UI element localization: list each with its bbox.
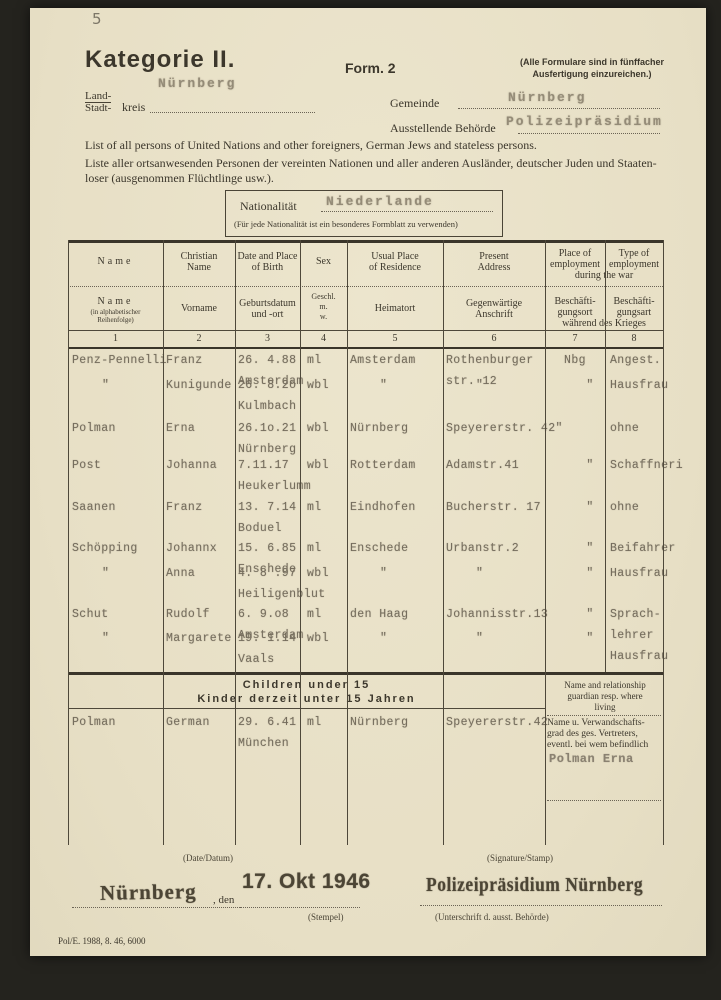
col-number-1: 1 — [68, 333, 163, 344]
table-cell-birth: 29. 6.41 München — [238, 712, 304, 754]
table-cell-birth: 4. 8 .97 Heiligenblut — [238, 563, 304, 605]
authority-stamp: Polizeipräsidium Nürnberg — [426, 872, 643, 896]
table-cell-sex: ml — [307, 712, 347, 733]
table-cell-sex: ml — [307, 350, 347, 371]
guardian-value: Polman Erna — [549, 752, 634, 766]
table-cell-address: Urbanstr.2 — [446, 538, 546, 559]
stempel-label: (Stempel) — [308, 912, 344, 922]
col-line-2 — [235, 240, 236, 845]
behoerde-label: Ausstellende Behörde — [390, 121, 496, 136]
table-cell-address: Speyererstr.42 — [446, 712, 546, 733]
table-cell-name: " — [72, 563, 164, 584]
table-border-right — [663, 240, 664, 845]
date-stamp: 17. Okt 1946 — [242, 870, 371, 894]
table-cell-sex: wbl — [307, 563, 347, 584]
guardian-fill-line — [547, 800, 661, 801]
nationality-box: Nationalität Niederlande (Für jede Natio… — [225, 190, 503, 237]
table-cell-address: Adamstr.41 — [446, 455, 546, 476]
table-cell-first: Johannx — [166, 538, 236, 559]
table-cell-address: " — [446, 375, 546, 396]
kreis-label: Land- Stadt- — [85, 91, 111, 114]
table-cell-first: Franz — [166, 350, 236, 371]
table-cell-place: " — [547, 628, 603, 649]
table-top-border — [68, 240, 663, 243]
place-stamp: Nürnberg — [100, 879, 197, 906]
col-header-de-waehrend-krieges: während des Krieges — [545, 318, 663, 329]
table-cell-residence: Enschede — [350, 538, 444, 559]
col-number-2: 2 — [163, 333, 235, 344]
kreis-value-stamp: Nürnberg — [158, 76, 236, 91]
gemeinde-value-stamp: Nürnberg — [508, 90, 586, 105]
table-cell-first: Anna — [166, 563, 236, 584]
table-cell-type: ohne — [610, 418, 690, 439]
table-cell-birth: 13. 7.14 Boduel — [238, 497, 304, 539]
table-cell-name: " — [72, 628, 164, 649]
table-cell-birth: 7.11.17 Heukerlumm — [238, 455, 304, 497]
nationality-label: Nationalität — [240, 199, 297, 214]
table-cell-sex: ml — [307, 538, 347, 559]
table-cell-name: Polman — [72, 712, 164, 733]
col-header-de-vorname: Vorname — [163, 303, 235, 314]
kreis-label-bottom: Stadt- — [85, 102, 111, 114]
col-header-de-name: Name — [68, 296, 163, 307]
nationality-value-stamp: Niederlande — [326, 194, 434, 209]
table-cell-first: Erna — [166, 418, 236, 439]
col-header-en-residence: Usual Place of Residence — [347, 251, 443, 273]
table-cell-first: Kunigunde — [166, 375, 236, 396]
nationality-note: (Für jede Nationalität ist ein besondere… — [234, 219, 498, 229]
category-title: Kategorie II. — [85, 46, 235, 74]
col-number-8: 8 — [605, 333, 663, 344]
col-number-4: 4 — [300, 333, 347, 344]
col-line-4 — [347, 240, 348, 845]
signature-label: (Signature/Stamp) — [460, 853, 580, 863]
table-cell-first: Johanna — [166, 455, 236, 476]
table-cell-type: Angest. — [610, 350, 690, 371]
col-line-1 — [163, 240, 164, 845]
table-cell-residence: " — [350, 563, 444, 584]
col-header-en-name: Name — [68, 256, 163, 267]
print-code: Pol/E. 1988, 8. 46, 6000 — [58, 936, 146, 946]
table-cell-residence: den Haag — [350, 604, 444, 625]
table-cell-type: Hausfrau — [610, 563, 690, 584]
table-cell-type: Hausfrau — [610, 646, 690, 667]
table-cell-place: Nbg — [547, 350, 603, 371]
col-line-7 — [605, 240, 606, 672]
col-number-7: 7 — [545, 333, 605, 344]
signature-line — [420, 905, 662, 906]
table-cell-birth: 26.1o.21 Nürnberg — [238, 418, 304, 460]
table-cell-name: Post — [72, 455, 164, 476]
col-line-5 — [443, 240, 444, 845]
col-number-3: 3 — [235, 333, 300, 344]
table-cell-residence: Amsterdam — [350, 350, 444, 371]
intro-english: List of all persons of United Nations an… — [85, 138, 665, 153]
table-header-bottom-border — [68, 347, 663, 349]
gemeinde-fill-line — [458, 108, 660, 109]
intro-german: Liste aller ortsanwesenden Personen der … — [85, 156, 675, 186]
col-line-6 — [545, 240, 546, 845]
table-cell-sex: wbl — [307, 418, 347, 439]
guardian-label-de: Name u. Verwandschafts- grad des ges. Ve… — [547, 718, 665, 751]
copies-note: (Alle Formulare sind in fünffacher Ausfe… — [492, 56, 692, 80]
table-cell-residence: Nürnberg — [350, 418, 444, 439]
table-cell-address: Speyererstr. 42" — [446, 418, 546, 439]
col-header-en-employment-type: Type of employment — [605, 248, 663, 270]
table-cell-place: " — [547, 455, 603, 476]
col-header-de-geburtsdatum: Geburtsdatum und -ort — [235, 298, 300, 320]
table-cell-sex: wbl — [307, 628, 347, 649]
col-number-5: 5 — [347, 333, 443, 344]
col-header-en-during-war: during the war — [545, 270, 663, 281]
signature-sub-label: (Unterschrift d. ausst. Behörde) — [435, 912, 549, 922]
table-cell-sex: wbl — [307, 375, 347, 396]
kreis-fill-line — [150, 112, 315, 113]
table-cell-name: Polman — [72, 418, 164, 439]
table-cell-place: " — [547, 375, 603, 396]
col-number-6: 6 — [443, 333, 545, 344]
table-cell-address: Bucherstr. 17 — [446, 497, 546, 518]
table-cell-residence: Nürnberg — [350, 712, 444, 733]
table-cell-type: Schaffneri — [610, 455, 690, 476]
table-cell-name: Penz-Pennelli — [72, 350, 164, 371]
den-label: , den — [213, 894, 234, 906]
nationality-fill-line — [321, 211, 493, 212]
date-label: (Date/Datum) — [148, 853, 268, 863]
table-cell-birth: 26. 8.2o Kulmbach — [238, 375, 304, 417]
handwritten-page-number: 5 — [92, 10, 102, 28]
table-cell-type: Sprach- lehrer — [610, 604, 690, 646]
scanned-form-page: 5 Kategorie II. Form. 2 (Alle Formulare … — [30, 8, 706, 956]
col-line-3 — [300, 240, 301, 845]
table-cell-sex: ml — [307, 604, 347, 625]
table-cell-first: Margarete — [166, 628, 236, 649]
table-cell-residence: Eindhofen — [350, 497, 444, 518]
children-title-en: Children under 15 — [68, 679, 545, 691]
col-header-de-beschaeftigungsart: Beschäfti- gungsart — [605, 296, 663, 318]
table-cell-residence: " — [350, 375, 444, 396]
behoerde-value-stamp: Polizeipräsidium — [506, 114, 663, 129]
table-cell-first: Franz — [166, 497, 236, 518]
col-header-de-beschaeftigungsort: Beschäfti- gungsort — [545, 296, 605, 318]
children-title-de: Kinder derzeit unter 15 Jahren — [68, 693, 545, 705]
table-bottom-border — [68, 672, 663, 675]
table-cell-sex: ml — [307, 497, 347, 518]
table-cell-type: Hausfrau — [610, 375, 690, 396]
col-header-de-anschrift: Gegenwärtige Anschrift — [443, 298, 545, 320]
col-header-en-employment-place: Place of employment — [545, 248, 605, 270]
col-header-de-heimatort: Heimatort — [347, 303, 443, 314]
table-cell-residence: " — [350, 628, 444, 649]
table-cell-address: Johannisstr.13 — [446, 604, 546, 625]
table-cell-birth: 19. 1.14 Vaals — [238, 628, 304, 670]
guardian-label-en: Name and relationship guardian resp. whe… — [547, 680, 663, 713]
children-header-underline — [68, 708, 545, 709]
table-border-left — [68, 240, 69, 845]
kreis-label-suffix: kreis — [122, 100, 145, 115]
col-header-de-geschl: Geschl. m. w. — [300, 292, 347, 322]
table-cell-place: " — [547, 497, 603, 518]
table-cell-place: " — [547, 538, 603, 559]
table-cell-sex: wbl — [307, 455, 347, 476]
table-cell-name: Saanen — [72, 497, 164, 518]
table-cell-address: " — [446, 628, 546, 649]
table-cell-type: ohne — [610, 497, 690, 518]
behoerde-fill-line — [518, 133, 660, 134]
table-cell-place: " — [547, 604, 603, 625]
col-header-en-christian-name: Christian Name — [163, 251, 235, 273]
table-cell-name: " — [72, 375, 164, 396]
gemeinde-label: Gemeinde — [390, 96, 439, 111]
guardian-divider — [547, 715, 661, 716]
table-cell-address: " — [446, 563, 546, 584]
col-header-en-address: Present Address — [443, 251, 545, 273]
table-header-divider — [68, 286, 663, 287]
date-line — [240, 907, 360, 908]
table-cell-residence: Rotterdam — [350, 455, 444, 476]
table-cell-type: Beifahrer — [610, 538, 690, 559]
col-header-de-name-sub: (in alphabetischer Reihenfolge) — [68, 308, 163, 324]
col-header-en-birth: Date and Place of Birth — [235, 251, 300, 273]
place-line — [72, 907, 240, 908]
table-cell-first: Rudolf — [166, 604, 236, 625]
table-cell-first: German — [166, 712, 236, 733]
table-cell-place: " — [547, 563, 603, 584]
table-cell-name: Schöpping — [72, 538, 164, 559]
table-number-row-line — [68, 330, 663, 331]
table-cell-name: Schut — [72, 604, 164, 625]
col-header-en-sex: Sex — [300, 256, 347, 267]
form-number: Form. 2 — [345, 60, 396, 76]
